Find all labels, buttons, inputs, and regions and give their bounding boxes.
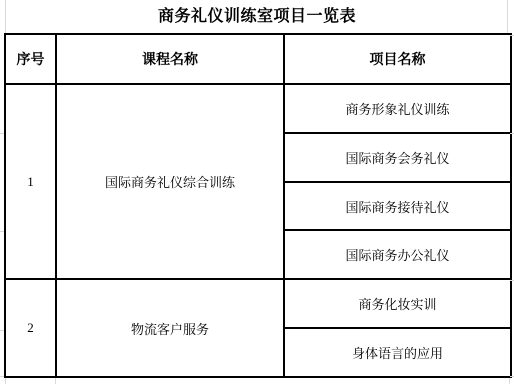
gridline-stub (510, 280, 514, 281)
header-project-name: 项目名称 (284, 34, 511, 84)
header-serial-number: 序号 (5, 34, 56, 84)
gridline-stub (5, 378, 6, 384)
cell-course-name: 物流客户服务 (56, 279, 284, 377)
header-course-name: 课程名称 (56, 34, 284, 84)
cell-project-name: 国际商务会务礼仪 (284, 133, 511, 182)
gridline-stub (55, 378, 56, 384)
cell-course-name: 国际商务礼仪综合训练 (56, 84, 284, 279)
gridline-stub (507, 0, 508, 33)
cell-serial-number: 1 (5, 84, 56, 279)
table-row: 1 国际商务礼仪综合训练 商务形象礼仪训练 (5, 84, 511, 133)
gridline-stub (0, 330, 4, 331)
header-row: 序号 课程名称 项目名称 (5, 34, 511, 84)
gridline-stub (5, 0, 6, 33)
gridline-stub (510, 35, 514, 36)
gridline-stub (0, 376, 4, 377)
cell-project-name: 身体语言的应用 (284, 328, 511, 377)
gridline-stub (0, 133, 4, 134)
gridline-stub (510, 376, 514, 377)
cell-project-name: 商务形象礼仪训练 (284, 84, 511, 133)
gridline-stub (0, 231, 4, 232)
cell-project-name: 国际商务接待礼仪 (284, 182, 511, 231)
table-row: 2 物流客户服务 商务化妆实训 (5, 279, 511, 328)
cell-serial-number: 2 (5, 279, 56, 377)
projects-table: 序号 课程名称 项目名称 1 国际商务礼仪综合训练 商务形象礼仪训练 国际商务会… (4, 33, 512, 378)
table-title: 商务礼仪训练室项目一览表 (0, 0, 514, 33)
gridline-stub (510, 133, 514, 134)
cell-project-name: 商务化妆实训 (284, 279, 511, 328)
gridline-stub (509, 378, 510, 384)
document-page: 商务礼仪训练室项目一览表 序号 课程名称 项目名称 1 国际商务礼仪综合训练 商… (0, 0, 514, 384)
cell-project-name: 国际商务办公礼仪 (284, 230, 511, 279)
